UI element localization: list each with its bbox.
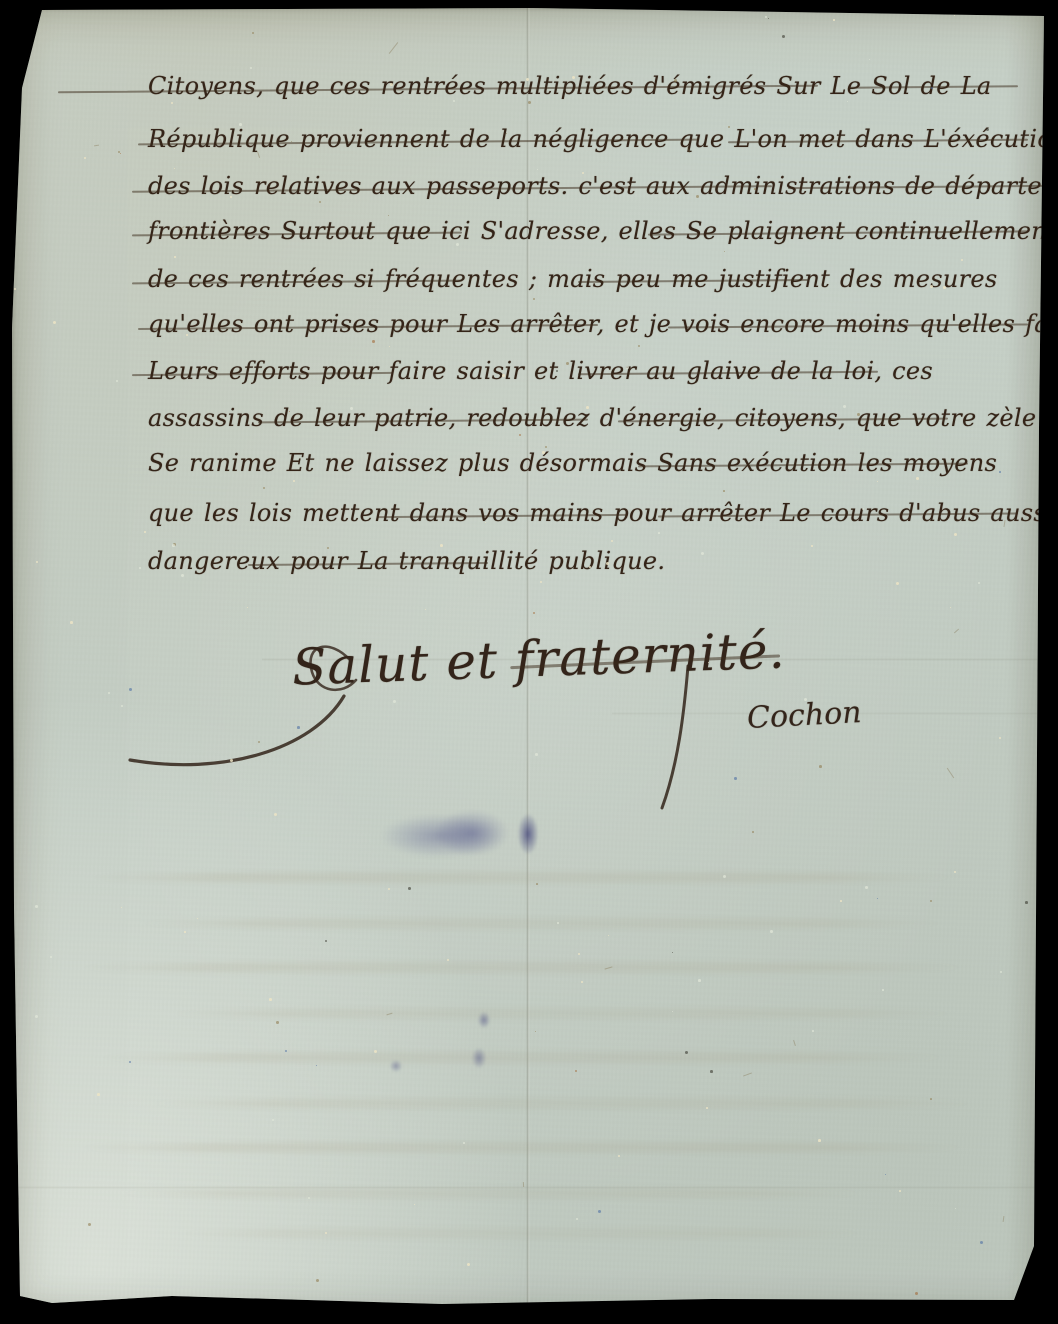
paper-speck	[734, 777, 737, 780]
bleedthrough-line	[172, 1228, 872, 1239]
paper-speck	[144, 531, 146, 533]
paper-speck	[765, 16, 767, 18]
paper-speck	[408, 887, 411, 890]
paper-speck	[1000, 971, 1002, 973]
paper-speck	[598, 1210, 601, 1213]
paper-speck	[545, 446, 547, 448]
bleedthrough-line	[92, 1052, 952, 1063]
paper-speck	[698, 979, 701, 982]
paper-speck	[263, 487, 265, 489]
paper-speck	[463, 1142, 465, 1144]
paper-speck	[915, 1292, 918, 1295]
bleedthrough-line	[142, 1098, 982, 1109]
paper-fiber	[954, 629, 959, 634]
letter-line-4: frontières Surtout que ici S'adresse, el…	[148, 217, 1057, 255]
paper-speck	[611, 540, 613, 542]
paper-speck	[818, 1139, 821, 1142]
paper-speck	[961, 259, 963, 261]
paper-fiber	[389, 42, 398, 54]
paper-speck	[896, 582, 899, 585]
paper-speck	[174, 256, 176, 258]
paper-speck	[701, 552, 704, 555]
paper-speck	[768, 18, 769, 19]
paper-speck	[608, 935, 609, 936]
paper-speck	[537, 169, 538, 170]
paper-speck	[388, 888, 390, 890]
letter-line-text: qu'elles ont prises pour Les arrêter, et…	[148, 310, 1058, 338]
bleedthrough-line	[72, 962, 972, 973]
paper-speck	[252, 32, 254, 34]
paper-speck	[173, 543, 176, 546]
paper-speck	[1025, 901, 1028, 904]
paper-speck	[447, 959, 449, 961]
paper-speck	[672, 1011, 673, 1012]
paper-fiber	[386, 1013, 392, 1016]
paper-speck	[120, 153, 121, 154]
letter-line-10: que les lois mettent dans vos mains pour…	[148, 499, 1054, 537]
ink-stain-dot	[472, 1048, 486, 1068]
paper-fiber	[1003, 1216, 1005, 1222]
paper-speck	[930, 1098, 932, 1100]
paper-fiber	[523, 1182, 524, 1187]
paper-speck	[36, 561, 38, 563]
ink-stain-dot	[478, 1012, 490, 1028]
bleedthrough-line	[132, 918, 952, 929]
paper-speck	[752, 831, 754, 833]
paper-speck	[129, 1061, 131, 1063]
paper-fiber	[94, 145, 99, 147]
paper-speck	[899, 1190, 901, 1192]
paper-speck	[618, 1155, 620, 1157]
letter-line-6: qu'elles ont prises pour Les arrêter, et…	[148, 310, 1058, 348]
paper-speck	[88, 1223, 91, 1226]
paper-speck	[575, 1070, 577, 1072]
ink-stain-dot	[390, 1060, 402, 1072]
letter-line-9: Se ranime Et ne laissez plus désormais S…	[148, 449, 997, 487]
paper-fiber	[947, 768, 955, 779]
letter-line-5: de ces rentrées si fréquentes ; mais peu…	[148, 265, 998, 303]
paper-speck	[325, 940, 327, 942]
signature-cochon: Cochon	[746, 695, 862, 736]
paper-speck	[672, 952, 673, 953]
paper-speck	[536, 883, 538, 885]
paper-speck	[269, 998, 272, 1001]
paper-speck	[308, 1197, 310, 1199]
paper-speck	[285, 1050, 287, 1052]
photo-backdrop: Citoyens, que ces rentrées multipliées d…	[0, 0, 1058, 1324]
paper-speck	[258, 741, 260, 743]
letter-line-text: Leurs efforts pour faire saisir et livre…	[148, 357, 933, 385]
paper-speck	[70, 621, 73, 624]
paper-speck	[930, 900, 932, 902]
paper-speck	[999, 737, 1001, 739]
paper-speck	[316, 1279, 319, 1282]
paper-speck	[174, 168, 175, 169]
paper-speck	[723, 490, 725, 492]
paper-speck	[414, 1204, 415, 1205]
letter-line-8: assassins de leur patrie, redoublez d'én…	[148, 404, 1036, 442]
paper-speck	[325, 1232, 327, 1234]
letter-line-text: dangereux pour La tranquillité publique.	[148, 547, 665, 575]
paper-speck	[84, 157, 86, 159]
paper-speck	[247, 607, 248, 608]
paper-speck	[812, 1030, 814, 1032]
paper-speck	[685, 1051, 688, 1054]
letter-line-3: des lois relatives aux passeports. c'est…	[148, 172, 1058, 210]
paper-speck	[869, 59, 870, 60]
paper-speck	[276, 1021, 279, 1024]
paper-speck	[723, 875, 726, 878]
letter-line-text: Se ranime Et ne laissez plus désormais S…	[148, 449, 997, 477]
paper-speck	[316, 1065, 317, 1066]
ink-stain-blob	[380, 814, 500, 858]
paper-fiber	[743, 1072, 752, 1076]
letter-line-1: Citoyens, que ces rentrées multipliées d…	[148, 72, 992, 110]
letter-line-2: République proviennent de la négligence …	[148, 125, 1058, 163]
paper-speck	[425, 609, 426, 610]
paper-speck	[121, 907, 122, 908]
paper-speck	[272, 1119, 274, 1121]
paper-speck	[980, 1241, 983, 1244]
paper-speck	[770, 930, 773, 933]
paper-speck	[121, 705, 123, 707]
bleedthrough-line	[82, 872, 962, 883]
paper-speck	[782, 35, 785, 38]
paper-speck	[274, 813, 277, 816]
paper-speck	[35, 1015, 38, 1018]
paper-speck	[297, 726, 300, 729]
paper-speck	[35, 905, 38, 908]
paper-speck	[978, 582, 980, 584]
paper-speck	[819, 765, 822, 768]
paper-speck	[877, 898, 878, 899]
paper-speck	[14, 288, 16, 290]
paper-speck	[184, 931, 186, 933]
letter-line-text: République proviennent de la négligence …	[148, 125, 1058, 153]
paper-speck	[710, 1070, 713, 1073]
paper-speck	[374, 1050, 377, 1053]
paper-speck	[578, 953, 580, 955]
paper-speck	[533, 612, 535, 614]
paper-speck	[581, 981, 583, 983]
paper-speck	[230, 759, 233, 762]
paper-speck	[576, 1218, 578, 1220]
paper-speck	[706, 1107, 708, 1109]
paper-speck	[118, 151, 120, 153]
paper-speck	[535, 753, 538, 756]
paper-speck	[833, 19, 835, 21]
paper-speck	[53, 321, 56, 324]
bleedthrough-line	[72, 1142, 972, 1153]
paper-speck	[954, 15, 955, 16]
paper-speck	[840, 900, 842, 902]
paper-speck	[535, 1031, 536, 1032]
paper-speck	[50, 956, 52, 958]
paper-speck	[467, 1263, 470, 1266]
paper-fiber	[793, 1040, 796, 1046]
ink-stain-blob	[432, 808, 512, 858]
paper-speck	[139, 567, 141, 569]
letter-line-text: frontières Surtout que ici S'adresse, el…	[148, 217, 1057, 245]
letter-line-7: Leurs efforts pour faire saisir et livre…	[148, 357, 933, 395]
paper-fiber	[605, 966, 613, 969]
paper-speck	[999, 471, 1001, 473]
paper-speck	[885, 1174, 886, 1175]
paper-speck	[388, 215, 389, 216]
manuscript-page: Citoyens, que ces rentrées multipliées d…	[12, 8, 1046, 1310]
fold-crease-horizontal	[12, 1186, 1046, 1189]
paper-speck	[954, 871, 956, 873]
paper-speck	[955, 1208, 956, 1209]
paper-speck	[108, 692, 110, 694]
letter-line-11: dangereux pour La tranquillité publique.	[148, 547, 665, 585]
letter-line-text: de ces rentrées si fréquentes ; mais peu…	[148, 265, 998, 293]
paper-speck	[557, 922, 559, 924]
letter-line-text: Citoyens, que ces rentrées multipliées d…	[148, 72, 992, 100]
paper-speck	[197, 918, 198, 919]
paper-speck	[950, 607, 951, 608]
letter-line-text: des lois relatives aux passeports. c'est…	[148, 172, 1058, 200]
paper-speck	[865, 886, 868, 889]
paper-speck	[250, 67, 252, 69]
bleedthrough-line	[112, 1188, 872, 1199]
paper-speck	[811, 545, 813, 547]
paper-speck	[23, 34, 24, 35]
paper-speck	[882, 989, 884, 991]
ink-stain-core	[518, 814, 538, 854]
bleedthrough-line	[162, 1008, 962, 1019]
paper-speck	[116, 380, 118, 382]
paper-speck	[129, 688, 132, 691]
closing-salutation: Salut et fraternité.	[291, 621, 786, 696]
paper-speck	[97, 1093, 100, 1096]
paper-speck	[393, 700, 396, 703]
closing-text: Salut et fraternité.	[291, 621, 786, 696]
letter-line-text: que les lois mettent dans vos mains pour…	[148, 499, 1054, 527]
letter-line-text: assassins de leur patrie, redoublez d'én…	[148, 404, 1036, 432]
